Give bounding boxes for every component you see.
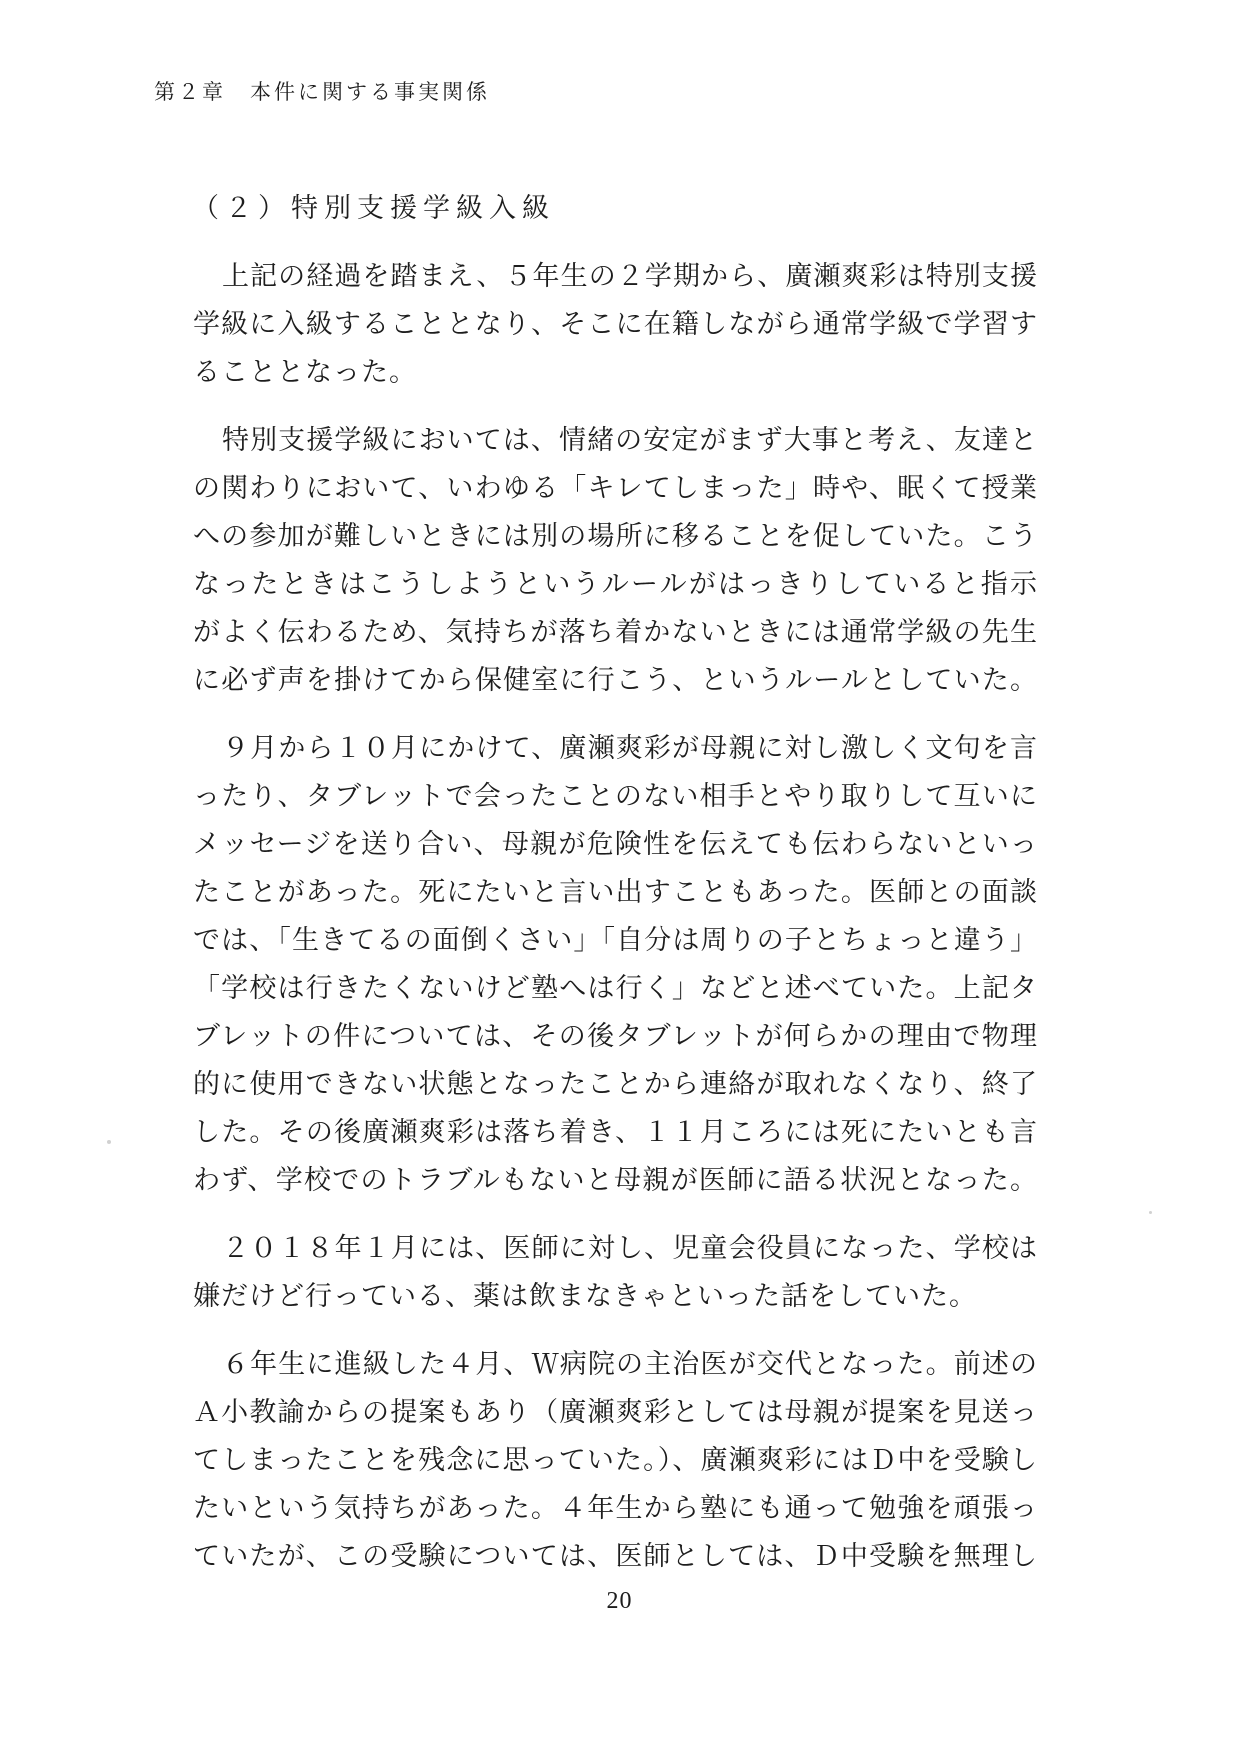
text-line: ることとなった。 xyxy=(193,348,1038,396)
text-line: メッセージを送り合い、母親が危険性を伝えても伝わらないといっ xyxy=(193,820,1038,868)
text-line: ブレットの件については、その後タブレットが何らかの理由で物理 xyxy=(193,1012,1038,1060)
text-line: への参加が難しいときには別の場所に移ることを促していた。こう xyxy=(193,512,1038,560)
running-header: 第２章 本件に関する事実関係 xyxy=(154,76,490,106)
text-line: 上記の経過を踏まえ、５年生の２学期から、廣瀬爽彩は特別支援 xyxy=(193,252,1038,300)
paragraph: ２０１８年１月には、医師に対し、児童会役員になった、学校は嫌だけど行っている、薬… xyxy=(193,1224,1038,1320)
text-line: 「学校は行きたくないけど塾へは行く」などと述べていた。上記タ xyxy=(193,964,1038,1012)
text-line: 嫌だけど行っている、薬は飲まなきゃといった話をしていた。 xyxy=(193,1272,1038,1320)
paragraph: 特別支援学級においては、情緒の安定がまず大事と考え、友達との関わりにおいて、いわ… xyxy=(193,416,1038,704)
text-line: ９月から１０月にかけて、廣瀬爽彩が母親に対し激しく文句を言 xyxy=(193,724,1038,772)
text-line: なったときはこうしようというルールがはっきりしていると指示 xyxy=(193,560,1038,608)
text-line: に必ず声を掛けてから保健室に行こう、というルールとしていた。 xyxy=(193,656,1038,704)
text-line: Ａ小教諭からの提案もあり（廣瀬爽彩としては母親が提案を見送っ xyxy=(193,1388,1038,1436)
text-line: 的に使用できない状態となったことから連絡が取れなくなり、終了 xyxy=(193,1060,1038,1108)
text-line: ２０１８年１月には、医師に対し、児童会役員になった、学校は xyxy=(193,1224,1038,1272)
paragraph: ９月から１０月にかけて、廣瀬爽彩が母親に対し激しく文句を言ったり、タブレットで会… xyxy=(193,724,1038,1204)
section-heading: （２）特別支援学級入級 xyxy=(192,186,555,225)
document-body: 上記の経過を踏まえ、５年生の２学期から、廣瀬爽彩は特別支援学級に入級することとな… xyxy=(193,252,1038,1580)
text-line: ていたが、この受験については、医師としては、Ｄ中受験を無理し xyxy=(193,1532,1038,1580)
text-line: 学級に入級することとなり、そこに在籍しながら通常学級で学習す xyxy=(193,300,1038,348)
text-line: ６年生に進級した４月、Ｗ病院の主治医が交代となった。前述の xyxy=(193,1340,1038,1388)
page-number: 20 xyxy=(0,1588,1239,1615)
text-line: した。その後廣瀬爽彩は落ち着き、１１月ころには死にたいとも言 xyxy=(193,1108,1038,1156)
text-line: では、「生きてるの面倒くさい」「自分は周りの子とちょっと違う」 xyxy=(193,916,1038,964)
text-line: 特別支援学級においては、情緒の安定がまず大事と考え、友達と xyxy=(193,416,1038,464)
text-line: の関わりにおいて、いわゆる「キレてしまった」時や、眠くて授業 xyxy=(193,464,1038,512)
scan-speck xyxy=(1149,1211,1152,1214)
text-line: わず、学校でのトラブルもないと母親が医師に語る状況となった。 xyxy=(193,1156,1038,1204)
document-page: 第２章 本件に関する事実関係 （２）特別支援学級入級 上記の経過を踏まえ、５年生… xyxy=(0,0,1239,1754)
text-line: たいという気持ちがあった。４年生から塾にも通って勉強を頑張っ xyxy=(193,1484,1038,1532)
scan-speck xyxy=(985,492,989,495)
paragraph: 上記の経過を踏まえ、５年生の２学期から、廣瀬爽彩は特別支援学級に入級することとな… xyxy=(193,252,1038,396)
text-line: ったり、タブレットで会ったことのない相手とやり取りして互いに xyxy=(193,772,1038,820)
text-line: てしまったことを残念に思っていた。）、廣瀬爽彩にはＤ中を受験し xyxy=(193,1436,1038,1484)
scan-speck xyxy=(107,1140,111,1144)
text-line: たことがあった。死にたいと言い出すこともあった。医師との面談 xyxy=(193,868,1038,916)
paragraph: ６年生に進級した４月、Ｗ病院の主治医が交代となった。前述のＡ小教諭からの提案もあ… xyxy=(193,1340,1038,1580)
text-line: がよく伝わるため、気持ちが落ち着かないときには通常学級の先生 xyxy=(193,608,1038,656)
